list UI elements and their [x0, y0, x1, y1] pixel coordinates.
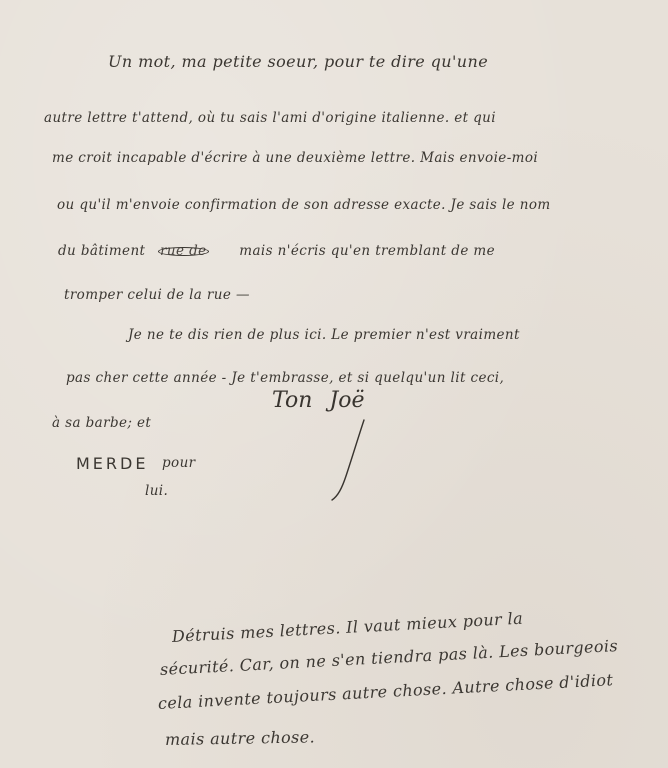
letter-page: Un mot, ma petite soeur, pour te dire qu… — [0, 0, 668, 768]
letter-line-9: à sa barbe; et — [52, 415, 151, 431]
letter-line-5: du bâtiment rue de mais n'écris qu'en tr… — [58, 243, 495, 259]
postscript-line-1: Détruis mes lettres. Il vaut mieux pour … — [172, 609, 524, 646]
struck-out-word: rue de — [160, 243, 206, 259]
signature: Ton Joë — [272, 388, 364, 413]
lui-word: lui. — [145, 483, 168, 499]
pour-word: pour — [162, 455, 196, 471]
letter-line-5-end: mais n'écris qu'en tremblant de me — [239, 243, 495, 259]
letter-line-6: tromper celui de la rue — — [64, 287, 250, 303]
letter-line-2: autre lettre t'attend, où tu sais l'ami … — [44, 110, 496, 126]
postscript-line-3: cela invente toujours autre chose. Autre… — [158, 670, 614, 713]
signature-closing: Ton — [272, 388, 312, 413]
letter-line-4: ou qu'il m'envoie confirmation de son ad… — [57, 197, 551, 213]
signature-name: Joë — [329, 388, 364, 413]
signature-flourish-icon — [330, 418, 370, 502]
letter-line-7: Je ne te dis rien de plus ici. Le premie… — [128, 327, 520, 343]
letter-line-3: me croit incapable d'écrire à une deuxiè… — [52, 150, 538, 166]
merde-word: MERDE — [76, 454, 148, 473]
postscript-line-4: mais autre chose. — [165, 727, 315, 749]
letter-line-1: Un mot, ma petite soeur, pour te dire qu… — [108, 52, 488, 71]
letter-line-5-start: du bâtiment — [58, 243, 145, 259]
letter-line-8: pas cher cette année - Je t'embrasse, et… — [66, 370, 504, 386]
